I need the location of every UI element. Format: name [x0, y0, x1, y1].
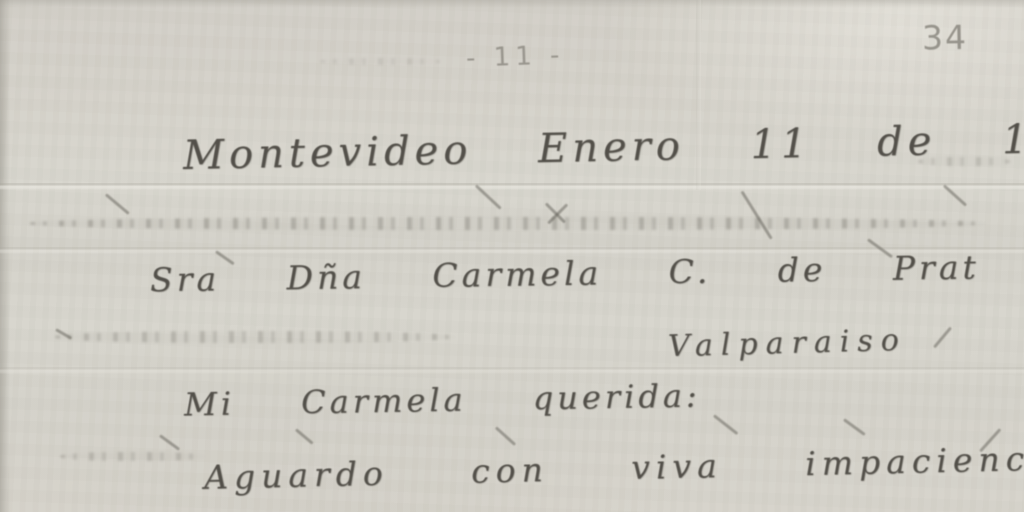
letter-recipient-city: Valparaiso — [668, 323, 908, 365]
bleedthrough-smudge — [320, 58, 440, 65]
paper-left-edge-shadow — [0, 0, 10, 512]
bleedthrough-smudge — [60, 452, 205, 461]
paper-top-edge-shadow — [0, 0, 1024, 8]
archive-number: 34 — [922, 18, 969, 58]
bleedthrough-smudge — [30, 217, 985, 230]
crease-line — [0, 367, 1024, 374]
letter-scan-page: - 11 - 34 Montevideo Enero 11 de 1879 Sr… — [0, 0, 1024, 512]
page-number: - 11 - — [466, 40, 565, 73]
crease-line — [0, 183, 1024, 190]
bleedthrough-smudge — [55, 331, 455, 343]
